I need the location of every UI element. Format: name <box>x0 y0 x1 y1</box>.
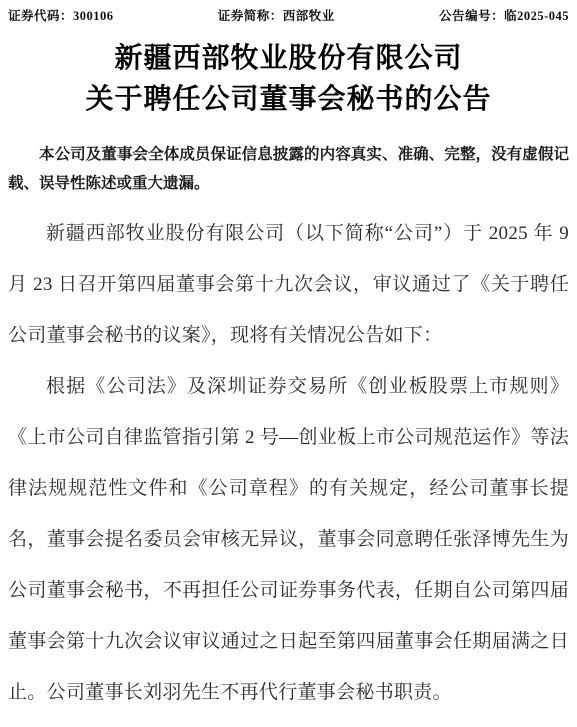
title-line-1: 新疆西部牧业股份有限公司 <box>8 38 569 79</box>
body-paragraph-2: 根据《公司法》及深圳证券交易所《创业板股票上市规则》《上市公司自律监管指引第 2… <box>8 361 569 718</box>
stock-name: 证券简称：西部牧业 <box>218 6 335 24</box>
truthfulness-statement: 本公司及董事会全体成员保证信息披露的内容真实、准确、完整，没有虚假记载、误导性陈… <box>8 140 569 198</box>
title-line-2: 关于聘任公司董事会秘书的公告 <box>8 79 569 120</box>
stock-code: 证券代码：300106 <box>8 6 114 24</box>
document-header: 证券代码：300106 证券简称：西部牧业 公告编号：临2025-045 <box>8 6 569 24</box>
announcement-page: 证券代码：300106 证券简称：西部牧业 公告编号：临2025-045 新疆西… <box>0 0 577 727</box>
document-title: 新疆西部牧业股份有限公司 关于聘任公司董事会秘书的公告 <box>8 38 569 120</box>
announcement-number: 公告编号：临2025-045 <box>439 6 569 24</box>
body-paragraph-1: 新疆西部牧业股份有限公司（以下简称“公司”）于 2025 年 9 月 23 日召… <box>8 208 569 361</box>
